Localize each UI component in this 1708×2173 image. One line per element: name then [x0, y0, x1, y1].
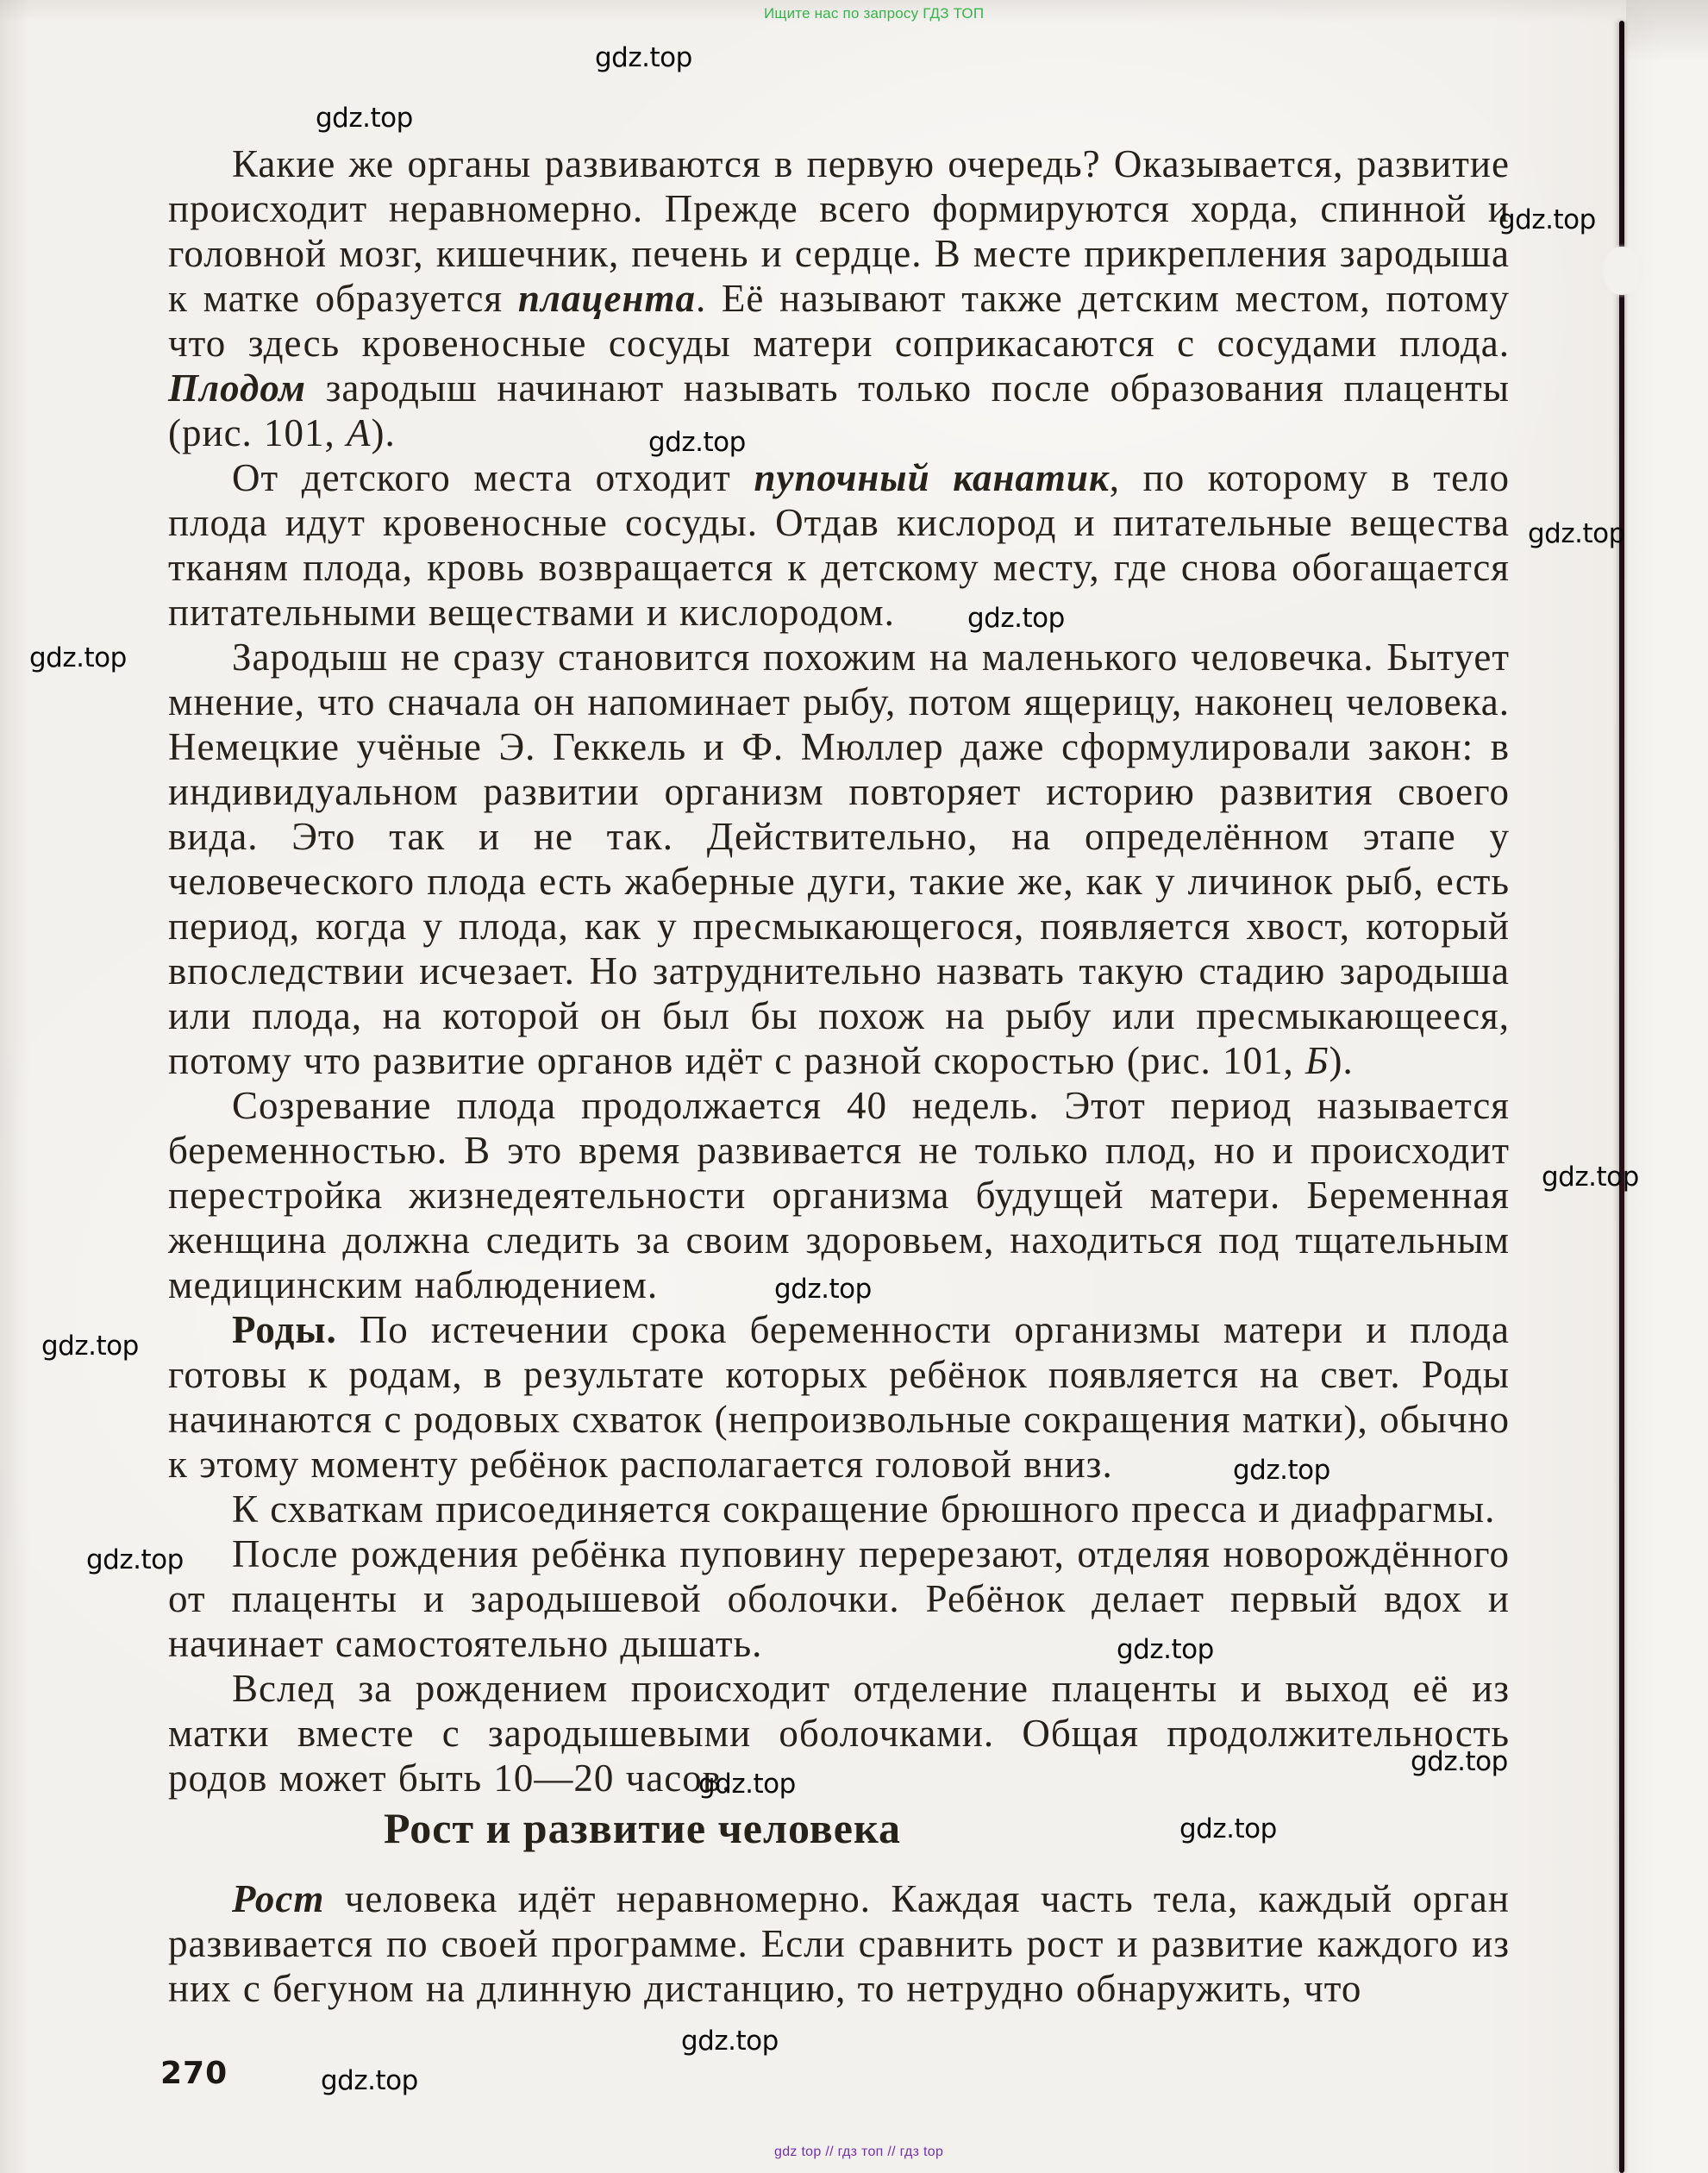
term-rody: Роды. [232, 1308, 337, 1351]
scanned-textbook-page: Ищите нас по запросу ГДЗ ТОП Какие же ор… [0, 0, 1708, 2173]
scan-corner-shade [1626, 0, 1708, 78]
gdz-watermark: gdz.top [86, 1547, 184, 1574]
gdz-watermark: gdz.top [967, 605, 1065, 632]
gdz-footer-link[interactable]: gdz top // гдз топ // гдз top [774, 2145, 943, 2160]
book-binding-edge [1619, 21, 1624, 2173]
gdz-watermark: gdz.top [29, 645, 127, 672]
paragraph-contractions: К схваткам присоединяется сокращение брю… [168, 1487, 1510, 1531]
gdz-watermark: gdz.top [1528, 521, 1625, 548]
term-placenta: плацента [518, 277, 696, 320]
body-text-column: Какие же органы развиваются в первую оче… [168, 141, 1510, 1800]
term-plodom: Плодом [168, 366, 306, 410]
paragraph-umbilical-cord: От детского места отходит пупочный канат… [168, 455, 1510, 635]
term-umbilical-cord: пупочный канатик [754, 456, 1109, 499]
gdz-watermark: gdz.top [316, 105, 413, 132]
gdz-watermark: gdz.top [1411, 1749, 1508, 1775]
gdz-watermark: gdz.top [1117, 1637, 1214, 1663]
gdz-watermark: gdz.top [1179, 1816, 1277, 1843]
gdz-watermark: gdz.top [681, 2028, 779, 2055]
gdz-top-promo-link[interactable]: Ищите нас по запросу ГДЗ ТОП [764, 5, 984, 22]
text-run: человека идёт неравномерно. Каждая часть… [168, 1877, 1510, 2010]
section-heading: Рост и развитие человека [168, 1804, 1117, 1852]
gdz-watermark: gdz.top [41, 1333, 139, 1360]
gdz-watermark: gdz.top [1498, 207, 1596, 234]
figure-letter-a: А [347, 411, 372, 454]
text-run: От детского места отходит [232, 456, 754, 499]
gdz-watermark: gdz.top [1233, 1457, 1330, 1484]
paragraph-placenta-exit: Вслед за рождением происходит отделение … [168, 1666, 1510, 1800]
book-edge-notch [1604, 247, 1640, 295]
text-run: ). [1329, 1039, 1353, 1082]
gdz-watermark: gdz.top [698, 1771, 796, 1798]
gdz-watermark: gdz.top [321, 2068, 418, 2095]
paragraph-growth: Рост человека идёт неравномерно. Каждая … [168, 1876, 1510, 2011]
text-run: Зародыш не сразу становится похожим на м… [168, 636, 1510, 1082]
paragraph-organs-development: Какие же органы развиваются в первую оче… [168, 141, 1510, 455]
term-rost: Рост [232, 1877, 324, 1920]
scan-margin-strip [1626, 0, 1708, 2173]
gdz-watermark: gdz.top [648, 429, 746, 456]
gdz-watermark: gdz.top [774, 1276, 872, 1303]
paragraph-newborn: После рождения ребёнка пуповину перереза… [168, 1531, 1510, 1666]
paragraph-embryo-stages: Зародыш не сразу становится похожим на м… [168, 635, 1510, 1083]
growth-paragraph-column: Рост человека идёт неравномерно. Каждая … [168, 1876, 1510, 2011]
gdz-watermark: gdz.top [595, 45, 692, 72]
figure-letter-b: Б [1305, 1039, 1329, 1082]
page-number: 270 [160, 2056, 228, 2091]
text-run: ). [372, 411, 396, 454]
gdz-watermark: gdz.top [1542, 1164, 1639, 1191]
